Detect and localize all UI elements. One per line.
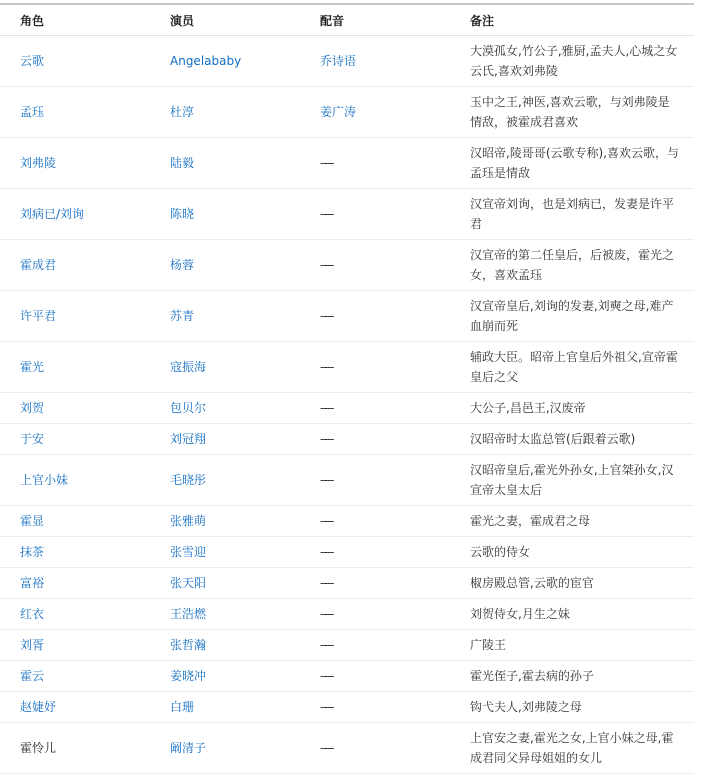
role-link[interactable]: 刘弗陵 — [20, 156, 56, 170]
role-cell: 刘病已/刘询 — [0, 189, 150, 240]
voice-cell: ---- — [300, 723, 450, 774]
actor-cell: 杨蓉 — [150, 240, 300, 291]
voice-empty: ---- — [320, 576, 333, 590]
role-link[interactable]: 上官小妹 — [20, 473, 68, 487]
voice-cell: ---- — [300, 189, 450, 240]
column-header-note: 备注 — [450, 4, 694, 36]
table-row: 许平君苏青----汉宣帝皇后,刘询的发妻,刘奭之母,难产血崩而死 — [0, 291, 694, 342]
role-link[interactable]: 刘病已/刘询 — [20, 207, 84, 221]
note-cell: 大公子,昌邑王,汉废帝 — [450, 393, 694, 424]
actor-link[interactable]: 张哲瀚 — [170, 638, 206, 652]
voice-cell: 姜广涛 — [300, 87, 450, 138]
role-cell: 刘弗陵 — [0, 138, 150, 189]
actor-link[interactable]: 杜淳 — [170, 105, 194, 119]
actor-link[interactable]: 包贝尔 — [170, 401, 206, 415]
voice-cell: ---- — [300, 599, 450, 630]
actor-cell: 阚清子 — [150, 723, 300, 774]
note-cell: 云歌的侍女 — [450, 537, 694, 568]
role-link[interactable]: 霍成君 — [20, 258, 56, 272]
actor-cell: 张雅萌 — [150, 506, 300, 537]
role-link[interactable]: 红衣 — [20, 607, 44, 621]
voice-empty: ---- — [320, 258, 333, 272]
note-cell: 辅政大臣。昭帝上官皇后外祖父,宣帝霍皇后之父 — [450, 342, 694, 393]
actor-cell: 刘冠翔 — [150, 424, 300, 455]
actor-cell: 苏青 — [150, 291, 300, 342]
table-row: 刘胥张哲瀚----广陵王 — [0, 630, 694, 661]
note-cell: 玉中之王,神医,喜欢云歌，与刘弗陵是情敌，被霍成君喜欢 — [450, 87, 694, 138]
role-cell: 红衣 — [0, 599, 150, 630]
role-cell: 刘胥 — [0, 630, 150, 661]
actor-link[interactable]: 陈晓 — [170, 207, 194, 221]
role-link[interactable]: 霍显 — [20, 514, 44, 528]
note-cell: 钩弋夫人,刘弗陵之母 — [450, 692, 694, 723]
table-row: 赵婕妤白珊----钩弋夫人,刘弗陵之母 — [0, 692, 694, 723]
voice-empty: ---- — [320, 607, 333, 621]
actor-link[interactable]: 苏青 — [170, 309, 194, 323]
voice-cell: ---- — [300, 568, 450, 599]
voice-cell: ---- — [300, 537, 450, 568]
table-header-row: 角色 演员 配音 备注 — [0, 4, 694, 36]
role-cell: 刘贺 — [0, 393, 150, 424]
column-header-actor: 演员 — [150, 4, 300, 36]
role-cell: 抹茶 — [0, 537, 150, 568]
actor-link[interactable]: 姜晓冲 — [170, 669, 206, 683]
table-row: 上官小妹毛晓彤----汉昭帝皇后,霍光外孙女,上官桀孙女,汉宣帝太皇太后 — [0, 455, 694, 506]
note-cell: 霍光之妻，霍成君之母 — [450, 506, 694, 537]
table-row: 霍怜儿阚清子----上官安之妻,霍光之女,上官小妹之母,霍成君同父异母姐姐的女儿 — [0, 723, 694, 774]
table-row: 霍显张雅萌----霍光之妻，霍成君之母 — [0, 506, 694, 537]
role-link[interactable]: 孟珏 — [20, 105, 44, 119]
role-cell: 于安 — [0, 424, 150, 455]
voice-cell: ---- — [300, 630, 450, 661]
actor-cell: 姜晓冲 — [150, 661, 300, 692]
actor-cell: 陈晓 — [150, 189, 300, 240]
note-cell: 汉宣帝皇后,刘询的发妻,刘奭之母,难产血崩而死 — [450, 291, 694, 342]
voice-empty: ---- — [320, 156, 333, 170]
voice-empty: ---- — [320, 700, 333, 714]
role-link[interactable]: 于安 — [20, 432, 44, 446]
actor-cell: 杜淳 — [150, 87, 300, 138]
actor-link[interactable]: 白珊 — [170, 700, 194, 714]
actor-cell: 张天阳 — [150, 568, 300, 599]
actor-cell: 白珊 — [150, 692, 300, 723]
role-link[interactable]: 霍光 — [20, 360, 44, 374]
role-cell: 富裕 — [0, 568, 150, 599]
actor-cell: 张哲瀚 — [150, 630, 300, 661]
voice-empty: ---- — [320, 432, 333, 446]
table-row: 富裕张天阳----椒房殿总管,云歌的宦官 — [0, 568, 694, 599]
role-cell: 许平君 — [0, 291, 150, 342]
voice-empty: ---- — [320, 514, 333, 528]
role-cell: 赵婕妤 — [0, 692, 150, 723]
role-cell: 孟珏 — [0, 87, 150, 138]
note-cell: 上官安之妻,霍光之女,上官小妹之母,霍成君同父异母姐姐的女儿 — [450, 723, 694, 774]
table-row: 霍光寇振海----辅政大臣。昭帝上官皇后外祖父,宣帝霍皇后之父 — [0, 342, 694, 393]
actor-cell: Angelababy — [150, 36, 300, 87]
column-header-voice: 配音 — [300, 4, 450, 36]
note-cell: 汉宣帝的第二任皇后，后被废，霍光之女，喜欢孟珏 — [450, 240, 694, 291]
voice-empty: ---- — [320, 638, 333, 652]
cast-table: 角色 演员 配音 备注 云歌Angelababy乔诗语大漠孤女,竹公子,雅厨,孟… — [0, 3, 694, 774]
voice-cell: ---- — [300, 506, 450, 537]
role-cell: 霍怜儿 — [0, 723, 150, 774]
note-cell: 刘贺侍女,月生之妹 — [450, 599, 694, 630]
voice-cell: ---- — [300, 240, 450, 291]
role-link[interactable]: 刘胥 — [20, 638, 44, 652]
table-row: 刘病已/刘询陈晓----汉宣帝刘询，也是刘病已，发妻是许平君 — [0, 189, 694, 240]
table-body: 云歌Angelababy乔诗语大漠孤女,竹公子,雅厨,孟夫人,心城之女云氏,喜欢… — [0, 36, 694, 774]
table-row: 抹茶张雪迎----云歌的侍女 — [0, 537, 694, 568]
note-cell: 大漠孤女,竹公子,雅厨,孟夫人,心城之女云氏,喜欢刘弗陵 — [450, 36, 694, 87]
actor-cell: 寇振海 — [150, 342, 300, 393]
actor-cell: 包贝尔 — [150, 393, 300, 424]
role-link[interactable]: 刘贺 — [20, 401, 44, 415]
actor-cell: 陆毅 — [150, 138, 300, 189]
role-cell: 上官小妹 — [0, 455, 150, 506]
actor-link[interactable]: 寇振海 — [170, 360, 206, 374]
note-cell: 汉昭帝皇后,霍光外孙女,上官桀孙女,汉宣帝太皇太后 — [450, 455, 694, 506]
voice-empty: ---- — [320, 545, 333, 559]
actor-link[interactable]: 陆毅 — [170, 156, 194, 170]
role-cell: 云歌 — [0, 36, 150, 87]
voice-actor-link[interactable]: 姜广涛 — [320, 105, 356, 119]
role-link[interactable]: 抹茶 — [20, 545, 44, 559]
actor-cell: 张雪迎 — [150, 537, 300, 568]
role-link[interactable]: 许平君 — [20, 309, 56, 323]
actor-cell: 毛晓彤 — [150, 455, 300, 506]
role-cell: 霍光 — [0, 342, 150, 393]
table-row: 孟珏杜淳姜广涛玉中之王,神医,喜欢云歌，与刘弗陵是情敌，被霍成君喜欢 — [0, 87, 694, 138]
voice-empty: ---- — [320, 669, 333, 683]
note-cell: 霍光侄子,霍去病的孙子 — [450, 661, 694, 692]
actor-link[interactable]: Angelababy — [170, 54, 241, 68]
voice-cell: ---- — [300, 342, 450, 393]
actor-link[interactable]: 张雪迎 — [170, 545, 206, 559]
role-link[interactable]: 霍云 — [20, 669, 44, 683]
voice-cell: 乔诗语 — [300, 36, 450, 87]
voice-cell: ---- — [300, 424, 450, 455]
table-row: 霍云姜晓冲----霍光侄子,霍去病的孙子 — [0, 661, 694, 692]
role-cell: 霍成君 — [0, 240, 150, 291]
table-row: 霍成君杨蓉----汉宣帝的第二任皇后，后被废，霍光之女，喜欢孟珏 — [0, 240, 694, 291]
role-cell: 霍显 — [0, 506, 150, 537]
table-row: 于安刘冠翔----汉昭帝时太监总管(后跟着云歌) — [0, 424, 694, 455]
note-cell: 汉昭帝时太监总管(后跟着云歌) — [450, 424, 694, 455]
voice-cell: ---- — [300, 661, 450, 692]
note-cell: 椒房殿总管,云歌的宦官 — [450, 568, 694, 599]
actor-link[interactable]: 杨蓉 — [170, 258, 194, 272]
voice-cell: ---- — [300, 455, 450, 506]
actor-link[interactable]: 刘冠翔 — [170, 432, 206, 446]
note-cell: 广陵王 — [450, 630, 694, 661]
actor-link[interactable]: 王浩燃 — [170, 607, 206, 621]
table-row: 红衣王浩燃----刘贺侍女,月生之妹 — [0, 599, 694, 630]
table-row: 云歌Angelababy乔诗语大漠孤女,竹公子,雅厨,孟夫人,心城之女云氏,喜欢… — [0, 36, 694, 87]
voice-cell: ---- — [300, 138, 450, 189]
role-link[interactable]: 赵婕妤 — [20, 700, 56, 714]
column-header-role: 角色 — [0, 4, 150, 36]
voice-empty: ---- — [320, 741, 333, 755]
voice-cell: ---- — [300, 692, 450, 723]
note-cell: 汉宣帝刘询，也是刘病已，发妻是许平君 — [450, 189, 694, 240]
voice-empty: ---- — [320, 309, 333, 323]
voice-cell: ---- — [300, 291, 450, 342]
voice-empty: ---- — [320, 473, 333, 487]
actor-cell: 王浩燃 — [150, 599, 300, 630]
role-name: 霍怜儿 — [20, 741, 56, 755]
voice-cell: ---- — [300, 393, 450, 424]
actor-link[interactable]: 毛晓彤 — [170, 473, 206, 487]
note-cell: 汉昭帝,陵哥哥(云歌专称),喜欢云歌，与孟珏是情敌 — [450, 138, 694, 189]
table-row: 刘弗陵陆毅----汉昭帝,陵哥哥(云歌专称),喜欢云歌，与孟珏是情敌 — [0, 138, 694, 189]
voice-actor-link[interactable]: 乔诗语 — [320, 54, 356, 68]
actor-link[interactable]: 张天阳 — [170, 576, 206, 590]
role-link[interactable]: 富裕 — [20, 576, 44, 590]
voice-empty: ---- — [320, 207, 333, 221]
voice-empty: ---- — [320, 360, 333, 374]
table-row: 刘贺包贝尔----大公子,昌邑王,汉废帝 — [0, 393, 694, 424]
voice-empty: ---- — [320, 401, 333, 415]
actor-link[interactable]: 阚清子 — [170, 741, 206, 755]
role-cell: 霍云 — [0, 661, 150, 692]
role-link[interactable]: 云歌 — [20, 54, 44, 68]
actor-link[interactable]: 张雅萌 — [170, 514, 206, 528]
